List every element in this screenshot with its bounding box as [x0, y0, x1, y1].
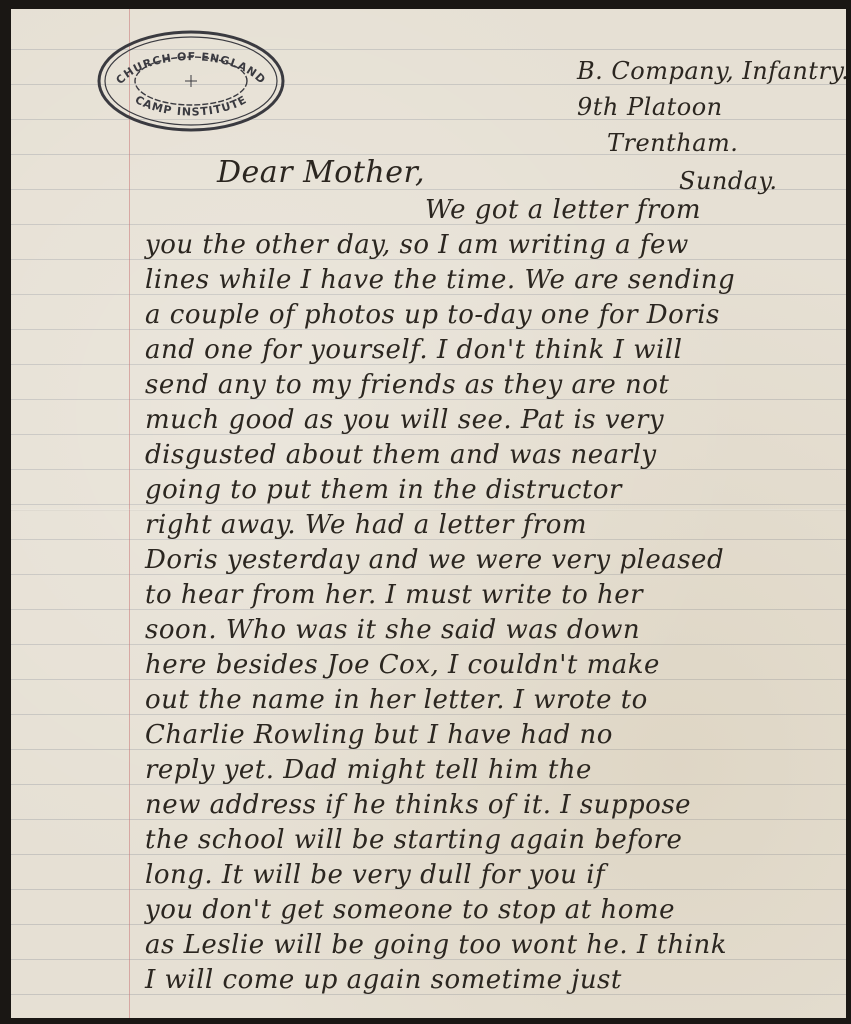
- letter-line: disgusted about them and was nearly: [145, 440, 657, 470]
- letter-line: to hear from her. I must write to her: [145, 580, 643, 610]
- address-line-2: 9th Platoon: [577, 93, 723, 121]
- letter-line: Charlie Rowling but I have had no: [145, 720, 613, 750]
- date-day: Sunday.: [679, 167, 778, 195]
- letter-line: going to put them in the distructor: [145, 475, 622, 505]
- letter-line: I will come up again sometime just: [145, 965, 622, 995]
- address-line-1: B. Company, Infantry.: [577, 57, 846, 85]
- salutation: Dear Mother,: [217, 155, 425, 190]
- letter-line: out the name in her letter. I wrote to: [145, 685, 648, 715]
- church-of-england-stamp: CHURCH OF ENGLAND CAMP INSTITUTE: [96, 29, 286, 133]
- margin-rule: [129, 9, 130, 1018]
- address-line-3: Trentham.: [607, 129, 738, 157]
- letter-line: here besides Joe Cox, I couldn't make: [145, 650, 660, 680]
- letter-page: CHURCH OF ENGLAND CAMP INSTITUTE B. Comp…: [11, 9, 846, 1018]
- letter-line: you don't get someone to stop at home: [145, 895, 675, 925]
- letter-line: a couple of photos up to-day one for Dor…: [145, 300, 720, 330]
- letter-line: new address if he thinks of it. I suppos…: [145, 790, 691, 820]
- stamp-icon: CHURCH OF ENGLAND CAMP INSTITUTE: [96, 29, 286, 133]
- letter-line: Doris yesterday and we were very pleased: [145, 545, 724, 575]
- letter-line: long. It will be very dull for you if: [145, 860, 605, 890]
- letter-line: lines while I have the time. We are send…: [145, 265, 735, 295]
- letter-line: soon. Who was it she said was down: [145, 615, 640, 645]
- letter-line: the school will be starting again before: [145, 825, 682, 855]
- letter-line: much good as you will see. Pat is very: [145, 405, 664, 435]
- letter-line: you the other day, so I am writing a few: [145, 230, 689, 260]
- letter-line: send any to my friends as they are not: [145, 370, 669, 400]
- letter-line: right away. We had a letter from: [145, 510, 587, 540]
- letter-line: reply yet. Dad might tell him the: [145, 755, 592, 785]
- letter-line: as Leslie will be going too wont he. I t…: [145, 930, 727, 960]
- letter-line: We got a letter from: [425, 195, 701, 225]
- letter-line: and one for yourself. I don't think I wi…: [145, 335, 682, 365]
